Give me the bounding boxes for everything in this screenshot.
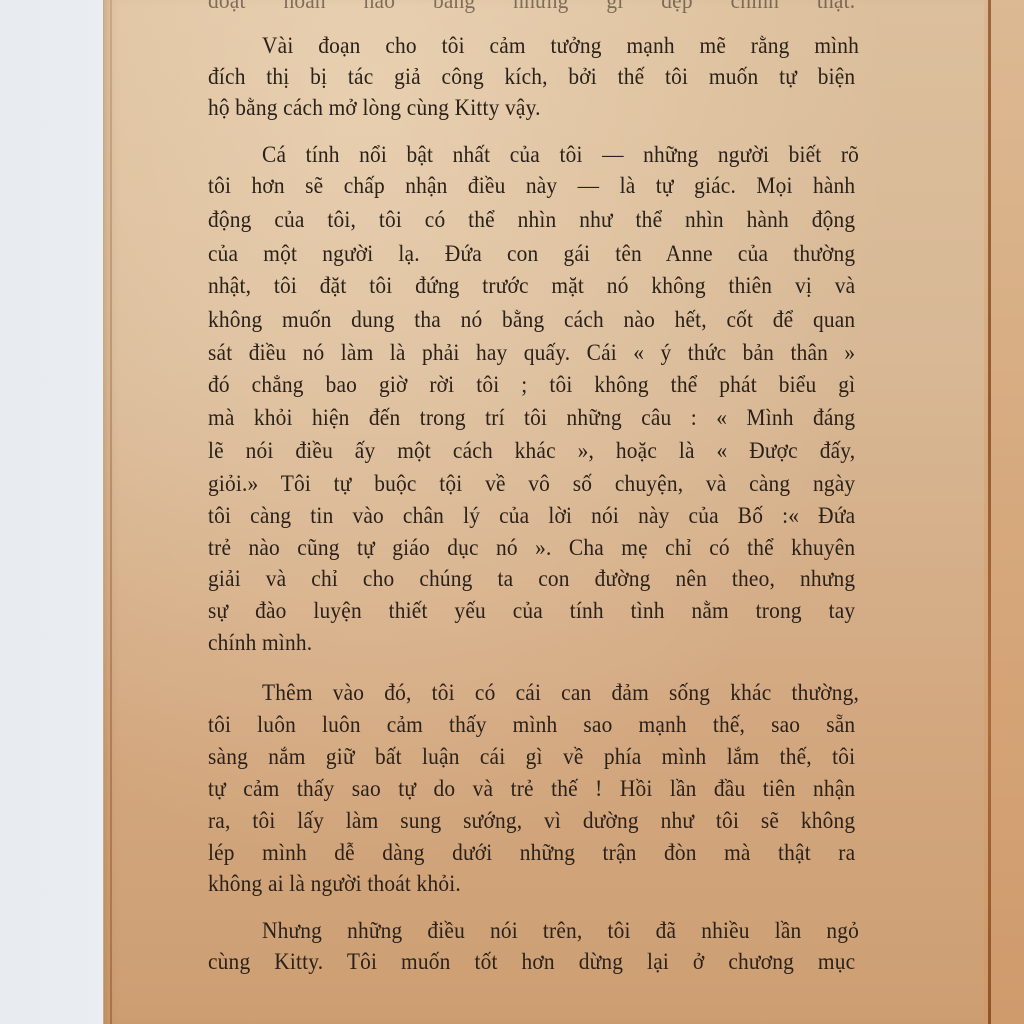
text-line: sàng nắm giữ bất luận cái gì về phía mìn…	[208, 744, 855, 770]
text-line: sát điều nó làm là phải hay quấy. Cái « …	[208, 340, 855, 366]
text-line: tự cảm thấy sao tự do và trẻ thế ! Hồi l…	[208, 776, 855, 802]
text-line: ra, tôi lấy làm sung sướng, vì dường như…	[208, 808, 855, 834]
text-line: tôi luôn luôn cảm thấy mình sao mạnh thế…	[208, 712, 855, 738]
text-line: đó chẳng bao giờ rời tôi ; tôi không thể…	[208, 372, 855, 398]
text-line: Nhưng những điều nói trên, tôi đã nhiều …	[262, 918, 859, 944]
text-line: giỏi.» Tôi tự buộc tội về vô số chuyện, …	[208, 471, 855, 497]
book-gutter-crease	[988, 0, 991, 1024]
text-line: sự đào luyện thiết yếu của tính tình nằm…	[208, 598, 855, 624]
text-line: động của tôi, tôi có thể nhìn như thể nh…	[208, 207, 855, 233]
text-line: Vài đoạn cho tôi cảm tưởng mạnh mẽ rằng …	[262, 33, 859, 59]
text-line: chính mình.	[208, 630, 855, 656]
text-line: không ai là người thoát khỏi.	[208, 871, 855, 897]
text-line-top-partial: đoạt hoàn hảo bằng những gì đẹp chính th…	[208, 0, 855, 14]
text-line: lẽ nói điều ấy một cách khác », hoặc là …	[208, 438, 855, 464]
text-line: trẻ nào cũng tự giáo dục nó ». Cha mẹ ch…	[208, 535, 855, 561]
text-line: mà khỏi hiện đến trong trí tôi những câu…	[208, 405, 855, 431]
text-line: cùng Kitty. Tôi muốn tốt hơn dừng lại ở …	[208, 949, 855, 975]
text-line: Thêm vào đó, tôi có cái can đảm sống khá…	[262, 680, 859, 706]
text-line: hộ bằng cách mở lòng cùng Kitty vậy.	[208, 95, 855, 121]
text-line: nhật, tôi đặt tôi đứng trước mặt nó khôn…	[208, 273, 855, 299]
page-edge	[110, 0, 112, 1024]
text-line: của một người lạ. Đứa con gái tên Anne c…	[208, 241, 855, 267]
text-line: Cá tính nổi bật nhất của tôi — những ngư…	[262, 142, 859, 168]
text-line: không muốn dung tha nó bằng cách nào hết…	[208, 307, 855, 333]
text-line: tôi hơn sẽ chấp nhận điều này — là tự gi…	[208, 173, 855, 199]
text-line: lép mình dễ dàng dưới những trận đòn mà …	[208, 840, 855, 866]
text-line: tôi càng tin vào chân lý của lời nói này…	[208, 503, 855, 529]
text-line: giải và chỉ cho chúng ta con đường nên t…	[208, 566, 855, 592]
text-line: đích thị bị tác giả công kích, bởi thế t…	[208, 64, 855, 90]
